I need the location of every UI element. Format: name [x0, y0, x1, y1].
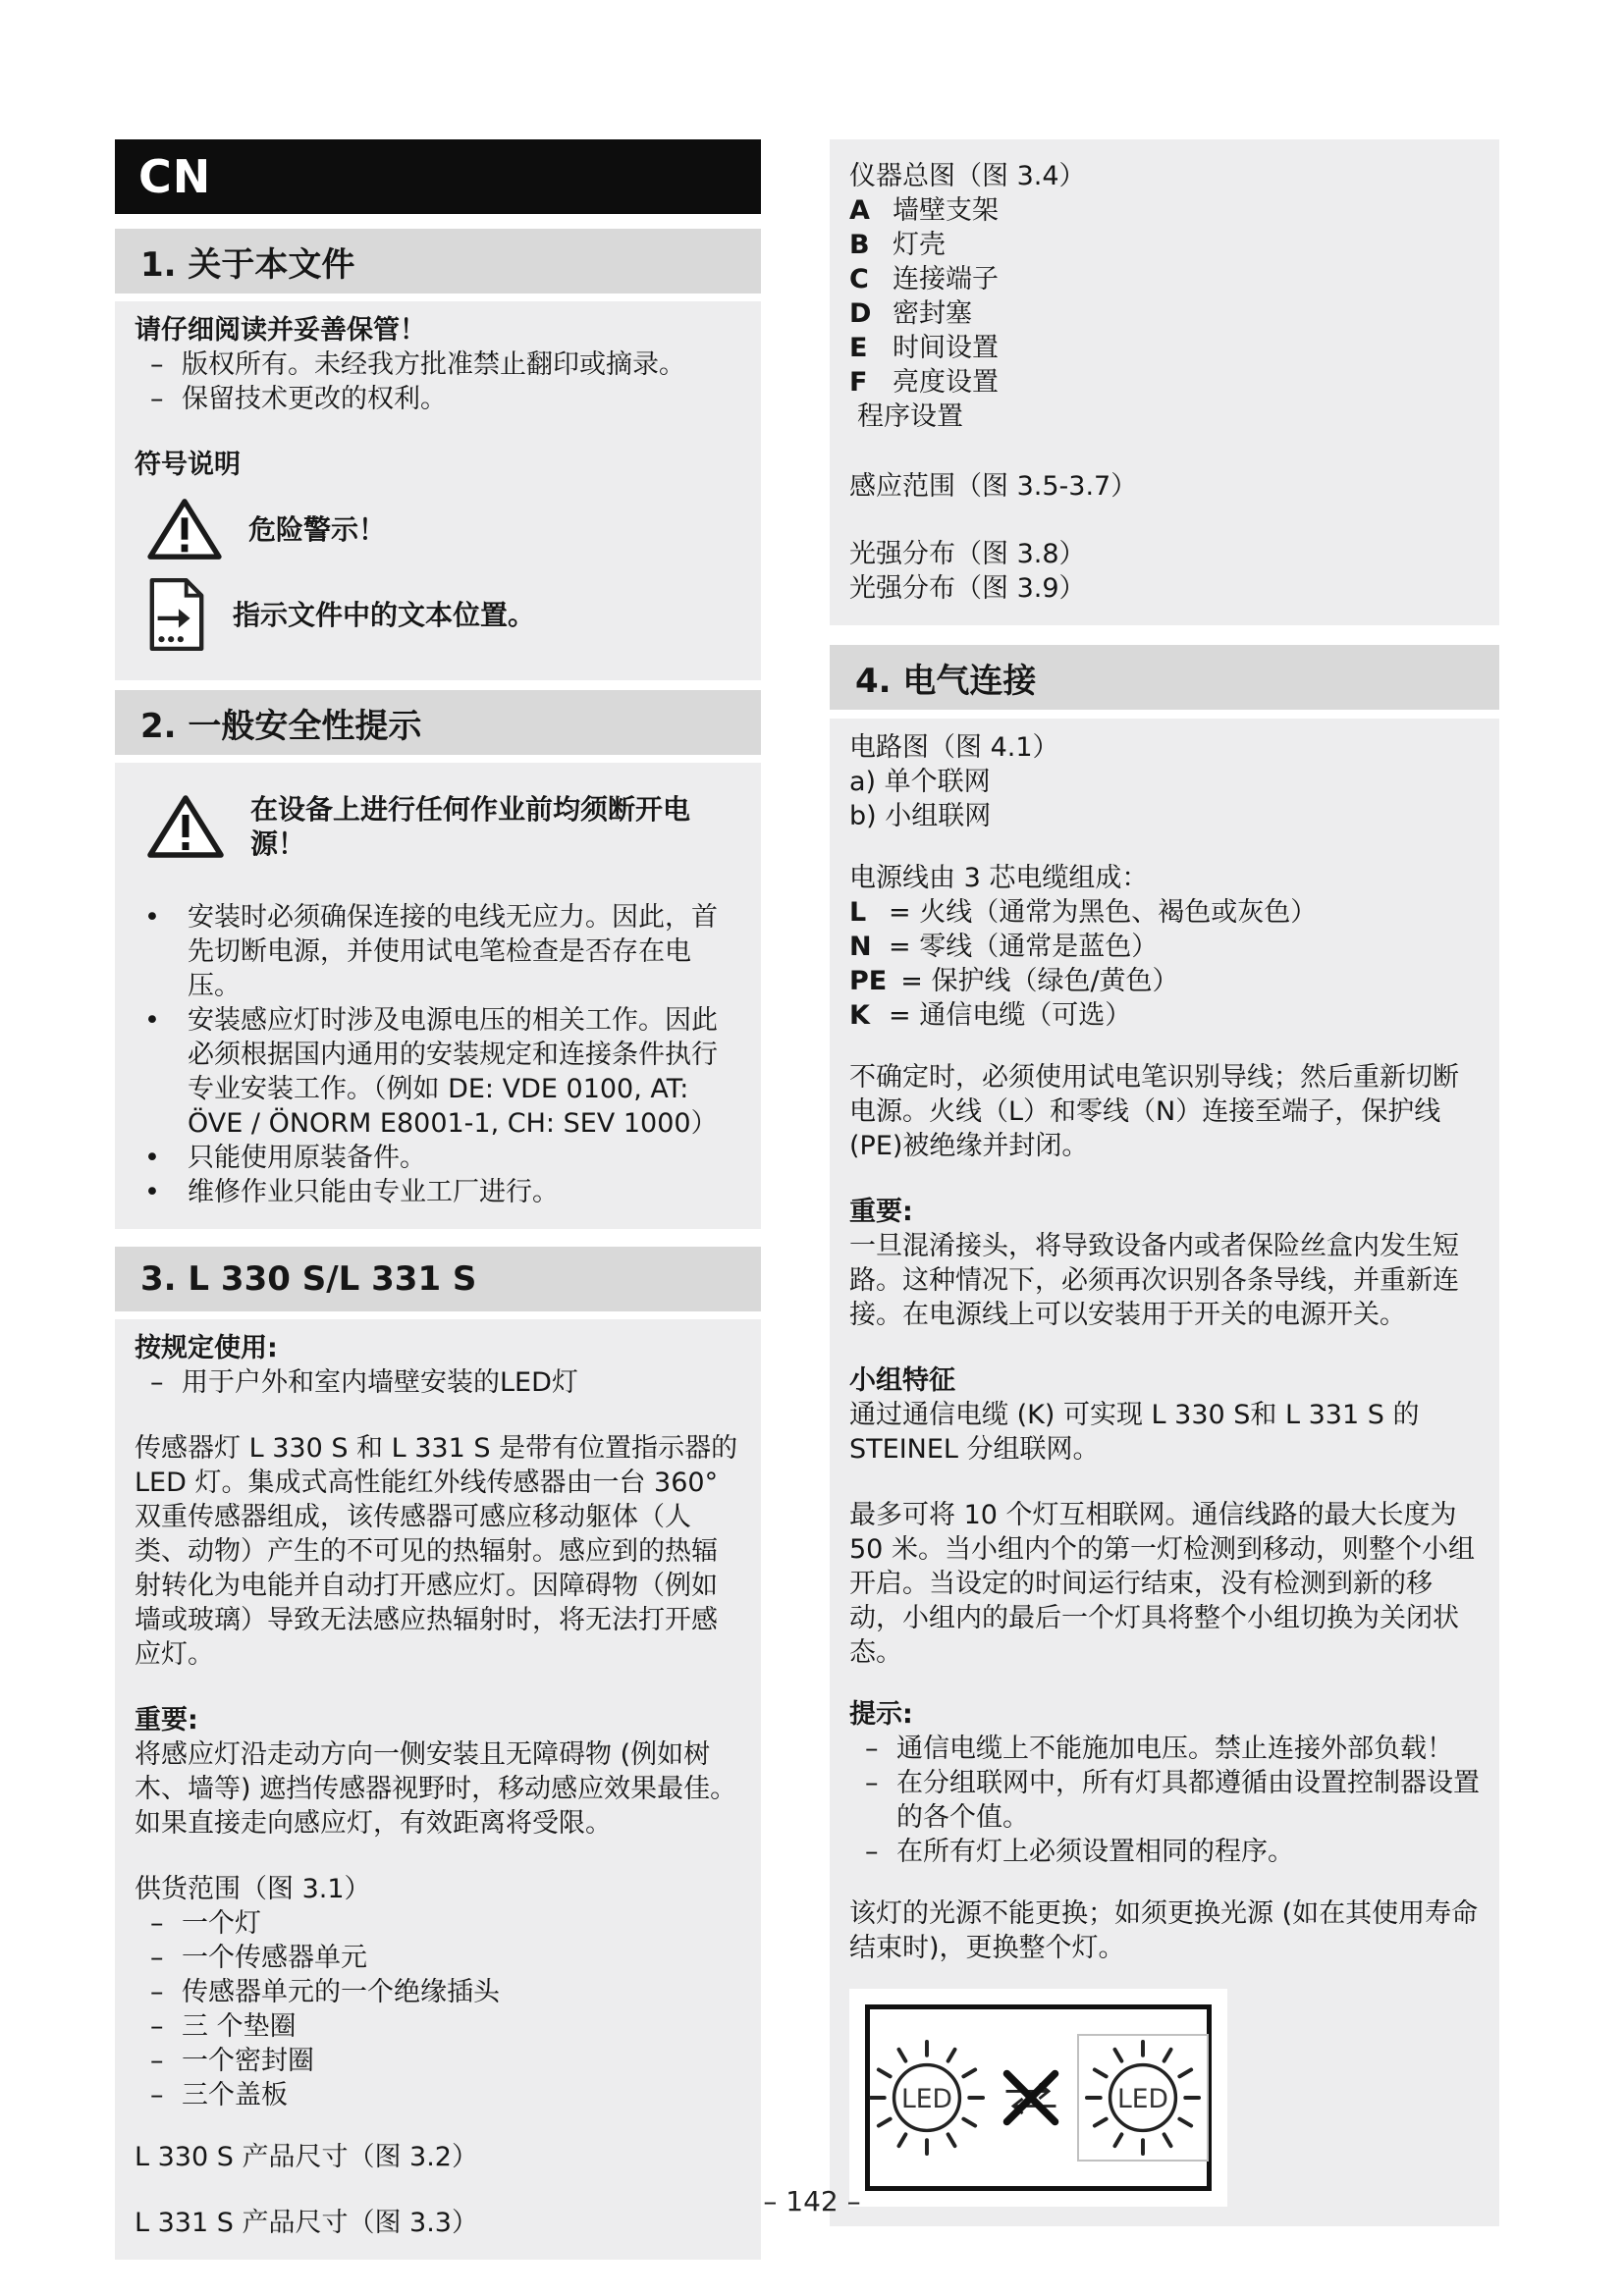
section-1-title: 1. 关于本文件 — [140, 238, 354, 286]
overview-heading: 仪器总图（图 3.4） — [849, 159, 1480, 193]
overview-label-row: D 密封塞 — [849, 296, 1480, 331]
label-key: B — [849, 228, 893, 262]
section-4-header: 4. 电气连接 — [830, 645, 1499, 710]
document-reference-icon — [146, 576, 207, 653]
list-item: • 安装感应灯时涉及电源电压的相关工作。因此必须根据国内通用的安装规定和连接条件… — [144, 1003, 741, 1141]
list-item: – 三 个垫圈 — [150, 2009, 741, 2044]
document-symbol-row: 指示文件中的文本位置。 — [146, 576, 741, 653]
circuit-item-a: a) 单个联网 — [849, 765, 1480, 799]
intended-use-heading: 按规定使用: — [135, 1331, 741, 1365]
symbols-heading: 符号说明 — [135, 448, 741, 482]
wire-row: L = 火线（通常为黑色、褐色或灰色） — [849, 895, 1480, 930]
overview-label-row: F 亮度设置 — [849, 365, 1480, 400]
section-1-header: 1. 关于本文件 — [115, 229, 761, 294]
list-item: – 一个灯 — [150, 1906, 741, 1941]
label-key: F — [849, 365, 893, 400]
dash-marker: – — [150, 1906, 182, 1941]
page-number: – 142 – — [0, 2185, 1624, 2217]
warning-triangle-icon — [146, 496, 223, 562]
bullet-marker: • — [144, 1141, 188, 1175]
important-heading: 重要: — [849, 1195, 1480, 1229]
bullet-marker: • — [144, 900, 188, 1003]
power-warning-row: 在设备上进行任何作业前均须断开电源！ — [146, 792, 741, 861]
section-3-header: 3. L 330 S/L 331 S — [115, 1247, 761, 1311]
scope-list: – 一个灯 – 一个传感器单元 – 传感器单元的一个绝缘插头 – 三 个垫圈 –… — [135, 1906, 741, 2112]
section-4-title: 4. 电气连接 — [855, 654, 1036, 702]
dash-marker: – — [150, 2009, 182, 2044]
led-boxed-unit: LED — [1077, 2034, 1209, 2162]
wire-list: L = 火线（通常为黑色、褐色或灰色） N = 零线（通常是蓝色） PE = 保… — [849, 895, 1480, 1033]
list-item: – 版权所有。未经我方批准禁止翻印或摘录。 — [150, 347, 741, 382]
warning-triangle-icon — [146, 792, 225, 861]
network-text: 最多可将 10 个灯互相联网。通信线路的最大长度为50 米。当小组内个的第一灯检… — [849, 1498, 1480, 1670]
overview-body: 仪器总图（图 3.4） A 墙壁支架 B 灯壳 C 连接端子 D 密封塞 E 时… — [830, 139, 1499, 625]
power-warning-label: 在设备上进行任何作业前均须断开电源！ — [250, 792, 741, 861]
dash-marker: – — [150, 1365, 182, 1400]
no-replace-icon — [999, 2065, 1063, 2130]
wire-key: L — [849, 895, 875, 930]
led-figure-frame: LED — [865, 2004, 1212, 2191]
scope-heading: 供货范围（图 3.1） — [135, 1872, 741, 1906]
manual-page: { "page": { "page_number": "– 142 –" }, … — [0, 0, 1624, 2296]
dimensions-l330s: L 330 S 产品尺寸（图 3.2） — [135, 2140, 741, 2174]
led-replacement-note: 该灯的光源不能更换；如须更换光源 (如在其使用寿命结束时)，更换整个灯。 — [849, 1896, 1480, 1965]
light-distribution-ref-1: 光强分布（图 3.8） — [849, 537, 1480, 571]
section-1-body: 请仔细阅读并妥善保管！ – 版权所有。未经我方批准禁止翻印或摘录。 – 保留技术… — [115, 301, 761, 680]
section-3-body: 按规定使用: – 用于户外和室内墙壁安装的LED灯 传感器灯 L 330 S 和… — [115, 1319, 761, 2260]
label-key: E — [849, 331, 893, 365]
list-item: – 在分组联网中，所有灯具都遵循由设置控制器设置的各个值。 — [865, 1766, 1480, 1835]
wire-key: N — [849, 930, 875, 964]
bullet-marker: • — [144, 1175, 188, 1209]
bullet-marker: • — [144, 1003, 188, 1141]
section-2-title: 2. 一般安全性提示 — [140, 699, 421, 747]
important-text: 将感应灯沿走动方向一侧安装且无障碍物 (例如树木、墙等) 遮挡传感器视野时，移动… — [135, 1737, 741, 1841]
wire-key: K — [849, 998, 875, 1033]
dash-marker: – — [865, 1732, 896, 1766]
dash-marker: – — [150, 1975, 182, 2009]
detection-zone-ref: 感应范围（图 3.5-3.7） — [849, 469, 1480, 504]
product-description: 传感器灯 L 330 S 和 L 331 S 是带有位置指示器的 LED 灯。集… — [135, 1431, 741, 1672]
group-feature-text: 通过通信电缆 (K) 可实现 L 330 S和 L 331 S 的 STEINE… — [849, 1398, 1480, 1467]
left-column: CN 1. 关于本文件 请仔细阅读并妥善保管！ – 版权所有。未经我方批准禁止翻… — [115, 139, 761, 2260]
mains-heading: 电源线由 3 芯电缆组成： — [849, 861, 1480, 895]
read-keep-note: 请仔细阅读并妥善保管！ — [135, 313, 741, 347]
tips-heading: 提示: — [849, 1697, 1480, 1732]
wire-key: PE — [849, 964, 887, 998]
wire-row: K = 通信电缆（可选） — [849, 998, 1480, 1033]
dash-marker: – — [150, 2078, 182, 2112]
list-item: – 用于户外和室内墙壁安装的LED灯 — [150, 1365, 741, 1400]
tips-list: – 通信电缆上不能施加电压。禁止连接外部负载！ – 在分组联网中，所有灯具都遵循… — [849, 1732, 1480, 1869]
language-banner: CN — [115, 139, 761, 214]
dash-marker: – — [865, 1835, 896, 1869]
circuit-item-b: b) 小组联网 — [849, 799, 1480, 833]
overview-label-row: C 连接端子 — [849, 262, 1480, 296]
list-item: – 传感器单元的一个绝缘插头 — [150, 1975, 741, 2009]
important-heading: 重要: — [135, 1703, 741, 1737]
label-key: D — [849, 296, 893, 331]
program-setting-line: 程序设置 — [849, 400, 1480, 434]
overview-label-row: E 时间设置 — [849, 331, 1480, 365]
led-figure: LED — [849, 1989, 1227, 2207]
list-item: • 安装时必须确保连接的电线无应力。因此，首先切断电源，并使用试电笔检查是否存在… — [144, 900, 741, 1003]
section-4-body: 电路图（图 4.1） a) 单个联网 b) 小组联网 电源线由 3 芯电缆组成：… — [830, 719, 1499, 2226]
led-sun-icon: LED — [1085, 2040, 1201, 2156]
dash-marker: – — [150, 347, 182, 382]
wire-row: N = 零线（通常是蓝色） — [849, 930, 1480, 964]
led-label: LED — [900, 2084, 951, 2114]
section-2-body: 在设备上进行任何作业前均须断开电源！ • 安装时必须确保连接的电线无应力。因此，… — [115, 763, 761, 1229]
list-item: • 只能使用原装备件。 — [144, 1141, 741, 1175]
list-item: – 通信电缆上不能施加电压。禁止连接外部负载！ — [865, 1732, 1480, 1766]
list-item: – 保留技术更改的权利。 — [150, 382, 741, 416]
list-item: – 一个传感器单元 — [150, 1941, 741, 1975]
section-3-title: 3. L 330 S/L 331 S — [140, 1259, 476, 1299]
section-2-header: 2. 一般安全性提示 — [115, 690, 761, 755]
group-feature-heading: 小组特征 — [849, 1363, 1480, 1398]
dash-marker: – — [150, 1941, 182, 1975]
safety-bullet-list: • 安装时必须确保连接的电线无应力。因此，首先切断电源，并使用试电笔检查是否存在… — [135, 900, 741, 1209]
circuit-heading: 电路图（图 4.1） — [849, 730, 1480, 765]
led-label: LED — [1116, 2084, 1167, 2114]
right-column: 仪器总图（图 3.4） A 墙壁支架 B 灯壳 C 连接端子 D 密封塞 E 时… — [830, 139, 1499, 2226]
list-item: – 一个密封圈 — [150, 2044, 741, 2078]
list-item: • 维修作业只能由专业工厂进行。 — [144, 1175, 741, 1209]
label-key: C — [849, 262, 893, 296]
document-symbol-label: 指示文件中的文本位置。 — [233, 598, 535, 632]
wire-row: PE = 保护线（绿色/黄色） — [849, 964, 1480, 998]
dash-marker: – — [865, 1766, 896, 1835]
overview-label-row: A 墙壁支架 — [849, 193, 1480, 228]
list-item: – 在所有灯上必须设置相同的程序。 — [865, 1835, 1480, 1869]
dash-marker: – — [150, 2044, 182, 2078]
dash-marker: – — [150, 382, 182, 416]
important-text: 一旦混淆接头，将导致设备内或者保险丝盒内发生短路。这种情况下，必须再次识别各条导… — [849, 1229, 1480, 1332]
language-code: CN — [138, 150, 211, 203]
overview-label-list: A 墙壁支架 B 灯壳 C 连接端子 D 密封塞 E 时间设置 F 亮度设置 — [849, 193, 1480, 400]
label-key: A — [849, 193, 893, 228]
warning-symbol-label: 危险警示！ — [248, 512, 386, 547]
uncertain-wiring-text: 不确定时，必须使用试电笔识别导线；然后重新切断电源。火线（L）和零线（N）连接至… — [849, 1060, 1480, 1163]
overview-label-row: B 灯壳 — [849, 228, 1480, 262]
warning-symbol-row: 危险警示！ — [146, 496, 741, 562]
list-item: – 三个盖板 — [150, 2078, 741, 2112]
led-sun-icon: LED — [869, 2040, 985, 2156]
light-distribution-ref-2: 光强分布（图 3.9） — [849, 571, 1480, 606]
